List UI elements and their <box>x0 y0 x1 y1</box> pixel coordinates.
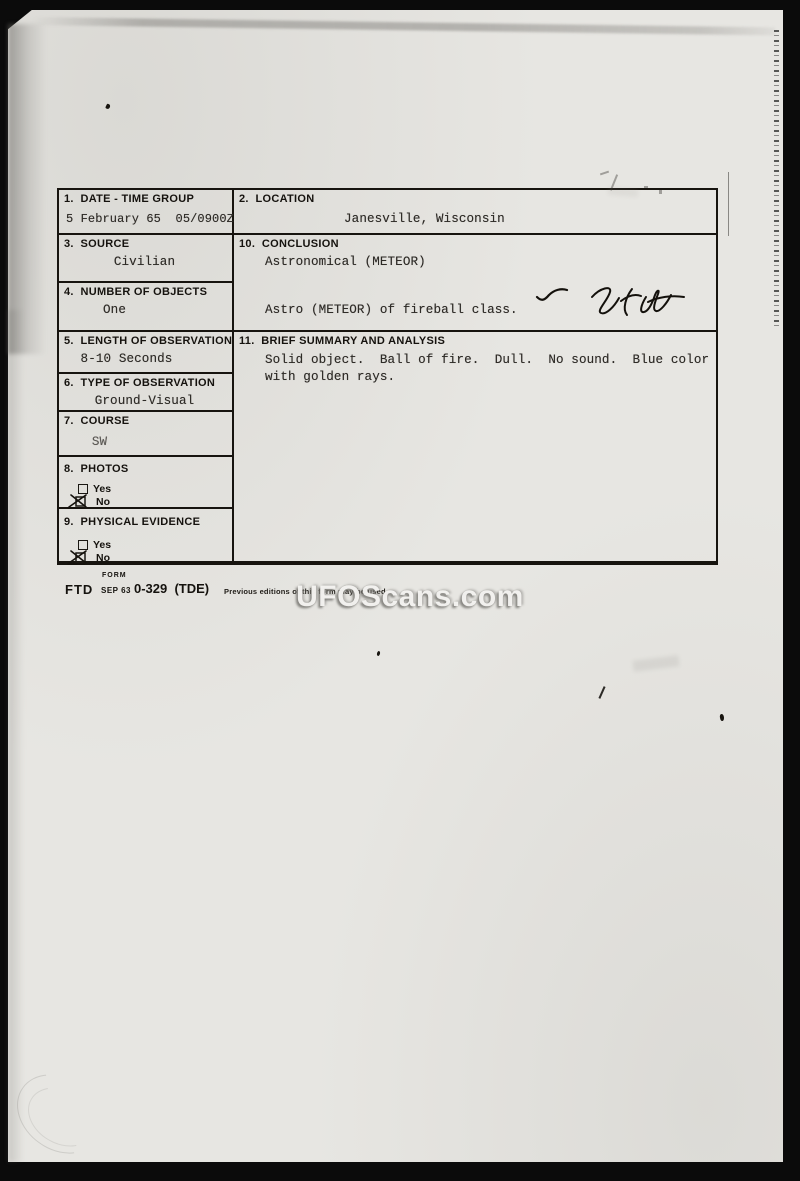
field-source: 3. SOURCE Civilian <box>57 233 232 281</box>
field-value: Ground-Visual <box>57 394 232 408</box>
watermark: UFOScans.com <box>290 580 530 614</box>
field-course: 7. COURSE SW <box>57 410 232 455</box>
microfilm-scan: { "watermark": "UFOScans.com", "form": {… <box>0 0 800 1181</box>
physical-evidence-no-option: No <box>67 550 110 565</box>
pencil-mark <box>600 171 609 176</box>
ink-slash-mark <box>598 686 605 699</box>
field-label: 10. CONCLUSION <box>239 238 339 250</box>
field-value-line2: with golden rays. <box>265 370 395 384</box>
field-brief-summary: 11. BRIEF SUMMARY AND ANALYSIS Solid obj… <box>232 330 718 565</box>
scanned-document-page: 1. DATE - TIME GROUP 5 February 65 05/09… <box>8 10 783 1162</box>
field-label: 8. PHOTOS <box>64 463 129 475</box>
checkbox-no-crossed-icon <box>67 550 91 565</box>
page-edge-shadow-top <box>30 17 775 35</box>
field-label: 9. PHYSICAL EVIDENCE <box>64 516 200 528</box>
field-value: 5 February 65 05/0900Z <box>66 212 234 226</box>
field-physical-evidence: 9. PHYSICAL EVIDENCE Yes No <box>57 507 232 565</box>
pencil-mark <box>644 186 648 188</box>
field-value: 8-10 Seconds <box>39 352 214 366</box>
field-label: 11. BRIEF SUMMARY AND ANALYSIS <box>239 335 445 347</box>
handwritten-initials-scribble <box>584 283 696 325</box>
field-label: 4. NUMBER OF OBJECTS <box>64 286 207 298</box>
field-type-of-observation: 6. TYPE OF OBSERVATION Ground-Visual <box>57 372 232 410</box>
microfilm-edge-text-strip <box>774 30 779 328</box>
field-conclusion: 10. CONCLUSION Astronomical (METEOR) Ast… <box>232 233 718 330</box>
field-date-time-group: 1. DATE - TIME GROUP 5 February 65 05/09… <box>57 188 232 233</box>
footer-form-word: FORM <box>102 572 127 579</box>
checkbox-yes-icon <box>78 484 88 494</box>
field-length-of-observation: 5. LENGTH OF OBSERVATION 8-10 Seconds <box>57 330 232 372</box>
field-location: 2. LOCATION Janesville, Wisconsin <box>232 188 718 233</box>
footer-form-date: SEP 63 <box>101 586 131 595</box>
ink-speck <box>719 714 724 722</box>
eraser-smudge <box>633 655 680 672</box>
field-label: 5. LENGTH OF OBSERVATION <box>64 335 232 347</box>
checkbox-yes-icon <box>78 540 88 550</box>
field-label: 1. DATE - TIME GROUP <box>64 193 194 205</box>
handwritten-checkmark-icon <box>535 288 569 304</box>
fold-line <box>728 172 729 236</box>
field-label: 2. LOCATION <box>239 193 315 205</box>
field-label: 6. TYPE OF OBSERVATION <box>64 377 215 389</box>
field-value: One <box>27 303 202 317</box>
field-value: Civilian <box>57 255 232 269</box>
pencil-mark <box>659 190 662 194</box>
field-value: Janesville, Wisconsin <box>344 212 505 226</box>
ink-speck <box>105 103 111 109</box>
field-label: 3. SOURCE <box>64 238 129 250</box>
field-value: SW <box>12 435 187 449</box>
field-number-of-objects: 4. NUMBER OF OBJECTS One <box>57 281 232 330</box>
field-label: 7. COURSE <box>64 415 129 427</box>
field-value-line2: Astro (METEOR) of fireball class. <box>265 303 518 317</box>
footer-agency: FTD <box>65 582 93 597</box>
field-value-line1: Solid object. Ball of fire. Dull. No sou… <box>265 353 709 367</box>
footer-form-number: 0-329 (TDE) <box>134 581 209 596</box>
no-label: No <box>96 496 110 508</box>
ink-speck <box>376 651 380 657</box>
field-value-line1: Astronomical (METEOR) <box>265 255 426 269</box>
no-label: No <box>96 552 110 564</box>
field-photos: 8. PHOTOS Yes No <box>57 455 232 507</box>
